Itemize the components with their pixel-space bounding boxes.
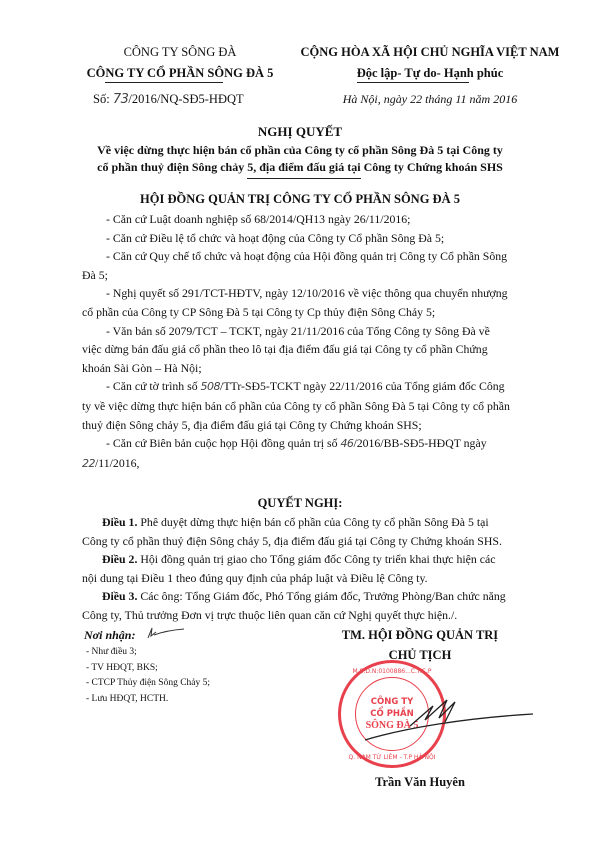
basis-7-cont: 22/11/2016, [82,454,526,474]
document-number: Số: 73/2016/NQ-SĐ5-HĐQT [93,92,244,107]
article-3-text: Các ông: Tổng Giám đốc, Phó Tổng giám đố… [137,589,505,603]
basis-5: - Văn bản số 2079/TCT – TCKT, ngày 21/11… [82,322,526,341]
document-type: NGHỊ QUYẾT [60,124,540,140]
motto-underline [357,82,469,83]
subject-line-2: cổ phần thuỷ điện Sông chảy 5, địa điểm … [60,160,540,175]
number-label: Số: [93,92,110,106]
national-title: CỘNG HÒA XÃ HỘI CHỦ NGHĨA VIỆT NAM [285,45,575,60]
handwritten-number: 508 [201,380,221,393]
handwritten-number: 46 [340,437,353,450]
basis-6-prefix: - Căn cứ tờ trình số [106,379,201,393]
article-2-text: Hội đồng quản trị giao cho Tổng giám đốc… [137,552,495,566]
company-name: CÔNG TY CỔ PHẦN SÔNG ĐÀ 5 [60,66,300,81]
article-2: Điều 2. Hội đồng quản trị giao cho Tổng … [82,550,526,569]
basis-1: - Căn cứ Luật doanh nghiệp số 68/2014/QH… [82,210,526,229]
board-heading: HỘI ĐỒNG QUẢN TRỊ CÔNG TY CỔ PHẦN SÔNG Đ… [60,192,540,207]
legal-bases: - Căn cứ Luật doanh nghiệp số 68/2014/QH… [82,210,526,473]
on-behalf-label: TM. HỘI ĐỒNG QUẢN TRỊ [320,628,520,643]
article-1-cont: Công ty cổ phần thuỷ điện Sông chảy 5, đ… [82,532,526,551]
seal-ring-bottom: Q. NAM TỪ LIÊM - T.P HÀ NỘI [341,753,443,763]
initial-signature-icon [144,626,186,640]
recipient-item: - Lưu HĐQT, HCTH. [86,692,210,708]
basis-7-suffix: /2016/BB-SĐ5-HĐQT ngày [353,436,486,450]
basis-4-cont: cổ phần của Công ty CP Sông Đà 5 tại Côn… [82,303,526,322]
article-3: Điều 3. Các ông: Tổng Giám đốc, Phó Tổng… [82,587,526,606]
number-handwritten: 73 [113,92,129,107]
article-1-text: Phê duyệt dừng thực hiện bán cổ phần của… [137,515,488,529]
basis-7-prefix: - Căn cứ Biên bản cuộc họp Hội đồng quản… [106,436,340,450]
basis-6-suffix: /TTr-SĐ5-TCKT ngày 22/11/2016 của Tổng g… [220,379,505,393]
article-1-label: Điều 1. [102,515,137,529]
basis-6: - Căn cứ tờ trình số 508/TTr-SĐ5-TCKT ng… [82,377,526,397]
number-suffix: /2016/NQ-SĐ5-HĐQT [128,92,243,106]
subject-line-1: Về việc dừng thực hiện bán cổ phần của C… [60,143,540,158]
article-3-label: Điều 3. [102,589,137,603]
recipient-item: - Như điều 3; [86,645,210,661]
basis-2: - Căn cứ Điều lệ tổ chức và hoạt động củ… [82,229,526,248]
chairman-title: CHỦ TỊCH [340,648,500,663]
basis-3: - Căn cứ Quy chế tổ chức và hoạt động củ… [82,247,526,266]
basis-6-cont2: thuỷ điện Sông chảy 5, địa điểm đấu giá … [82,416,526,435]
article-2-cont: nội dung tại Điều 1 theo đúng quy định c… [82,569,526,588]
company-underline [105,82,223,83]
article-3-cont: Công ty, Thủ trưởng Đơn vị trực thuộc li… [82,606,526,625]
basis-7: - Căn cứ Biên bản cuộc họp Hội đồng quản… [82,434,526,454]
recipients-heading: Nơi nhận: [84,628,135,643]
articles: Điều 1. Phê duyệt dừng thực hiện bán cổ … [82,513,526,625]
basis-4: - Nghị quyết số 291/TCT-HĐTV, ngày 12/10… [82,284,526,303]
recipient-item: - TV HĐQT, BKS; [86,661,210,677]
basis-6-cont: ty về việc dừng thực hiện bán cổ phần củ… [82,397,526,416]
recipients-list: - Như điều 3; - TV HĐQT, BKS; - CTCP Thủ… [86,645,210,707]
national-motto: Độc lập- Tự do- Hạnh phúc [285,66,575,81]
seal-ring-top: M.S.D.N:0100886...C.T.C.P [341,667,443,677]
basis-3-cont: Đà 5; [82,266,526,285]
handwritten-day: 22 [82,457,95,470]
chairman-name: Trần Văn Huyên [340,775,500,790]
article-1: Điều 1. Phê duyệt dừng thực hiện bán cổ … [82,513,526,532]
subject-underline [247,178,361,179]
handwritten-signature-icon [355,688,535,748]
parent-company: CÔNG TY SÔNG ĐÀ [60,45,300,60]
basis-7-date: /11/2016, [95,456,139,470]
article-2-label: Điều 2. [102,552,137,566]
place-date: Hà Nội, ngày 22 tháng 11 năm 2016 [285,92,575,107]
recipient-item: - CTCP Thủy điện Sông Chảy 5; [86,676,210,692]
basis-5-cont2: khoán Sài Gòn – Hà Nội; [82,359,526,378]
decision-heading: QUYẾT NGHỊ: [60,496,540,511]
basis-5-cont: việc dừng bán đấu giá cổ phần theo lô tạ… [82,340,526,359]
